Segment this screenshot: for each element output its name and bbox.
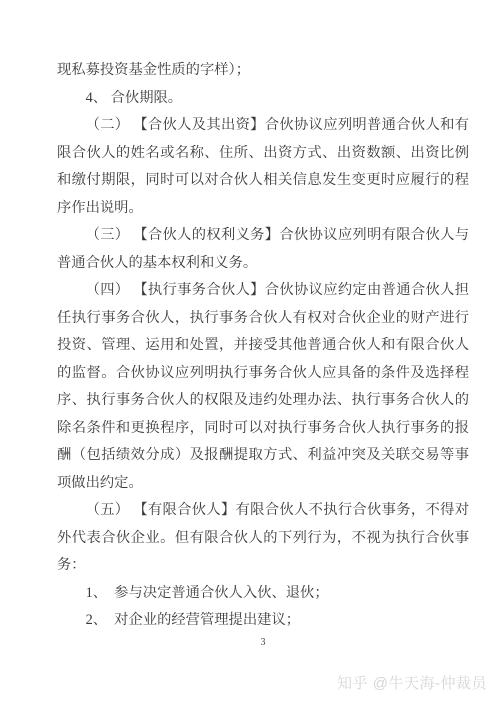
section-4-executive-partner: （四） 【执行事务合伙人】合伙协议应约定由普通合伙人担任执行事务合伙人，执行事务… (57, 277, 469, 497)
list-item-4-partnership-term: 4、 合伙期限。 (57, 85, 469, 113)
list-item-1-admission-withdrawal: 1、 参与决定普通合伙人入伙、退伙； (57, 580, 469, 608)
section-5-limited-partner: （五） 【有限合伙人】有限合伙人不执行合伙事务，不得对外代表合伙企业。但有限合伙… (57, 497, 469, 580)
section-2-partners-and-contributions: （二） 【合伙人及其出资】合伙协议应列明普通合伙人和有限合伙人的姓名或名称、住所… (57, 112, 469, 222)
document-body: 现私募投资基金性质的字样）； 4、 合伙期限。 （二） 【合伙人及其出资】合伙协… (57, 57, 469, 649)
page-number: 3 (57, 636, 469, 649)
paragraph-continuation: 现私募投资基金性质的字样）； (57, 57, 469, 85)
section-3-partner-rights-obligations: （三） 【合伙人的权利义务】合伙协议应列明有限合伙人与普通合伙人的基本权利和义务… (57, 222, 469, 277)
document-page: 现私募投资基金性质的字样）； 4、 合伙期限。 （二） 【合伙人及其出资】合伙协… (0, 0, 500, 707)
zhihu-watermark: 知乎 @牛天海-仲裁员 (337, 675, 487, 693)
list-item-2-management-suggestions: 2、 对企业的经营管理提出建议； (57, 607, 469, 635)
